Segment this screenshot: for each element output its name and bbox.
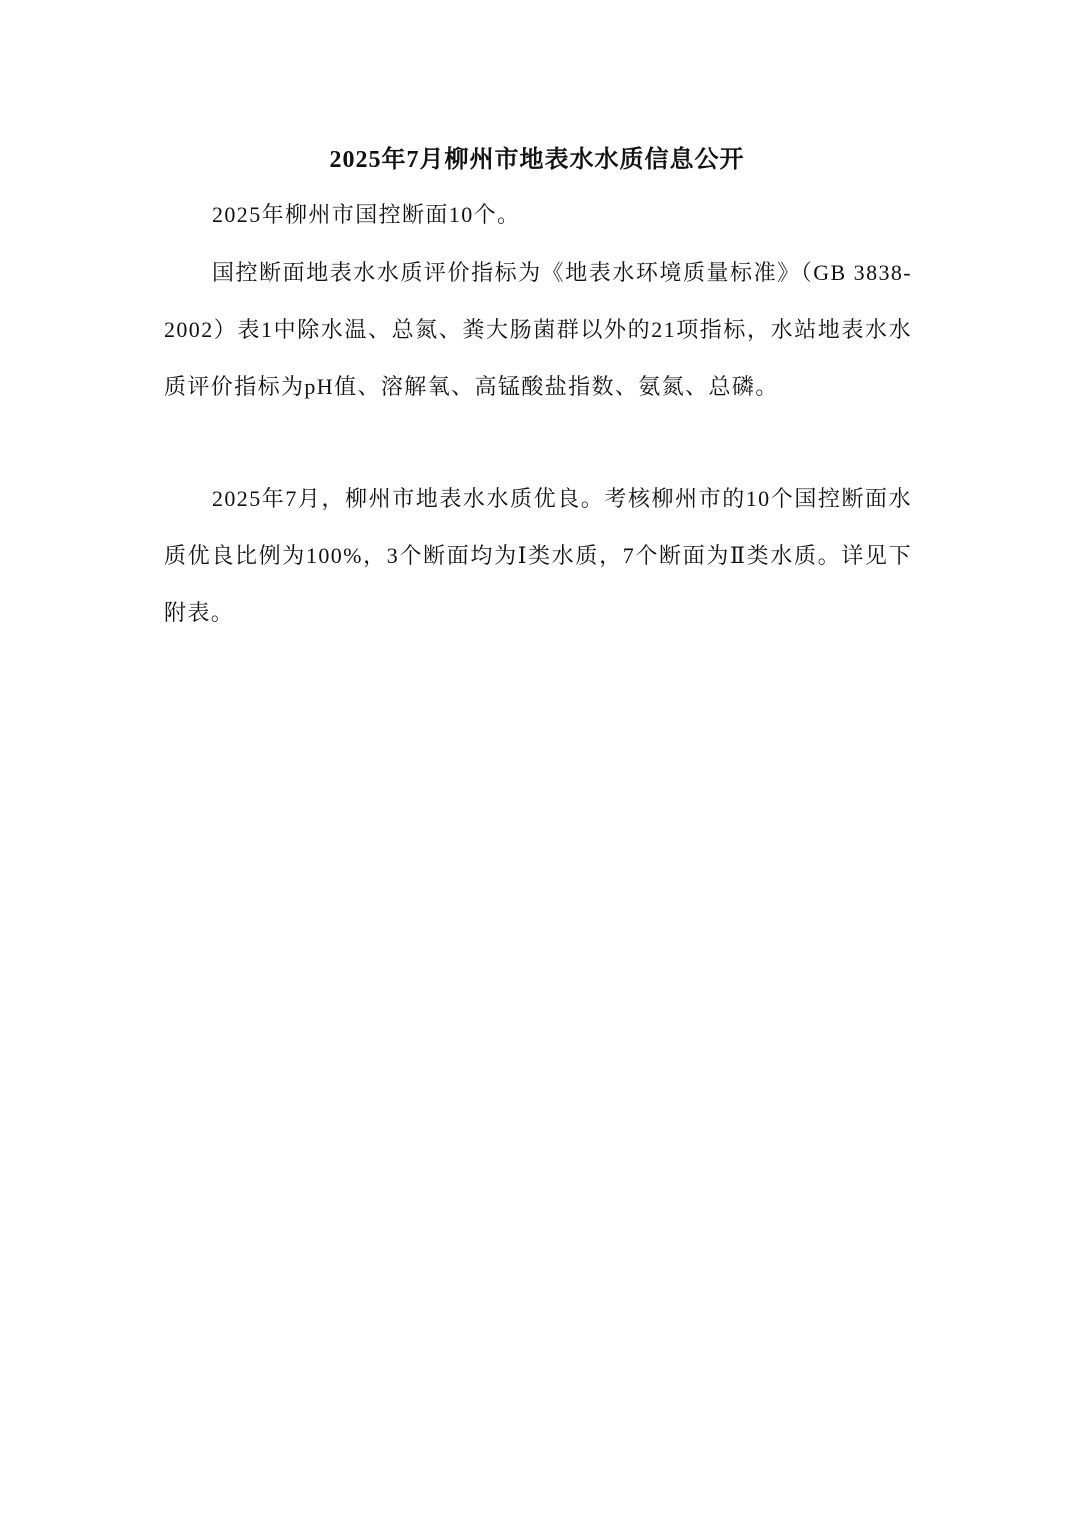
document-page: 2025年7月柳州市地表水水质信息公开 2025年柳州市国控断面10个。 国控断… bbox=[0, 0, 1074, 1520]
paragraph-monthly-result: 2025年7月，柳州市地表水水质优良。考核柳州市的10个国控断面水质优良比例为1… bbox=[164, 470, 912, 641]
document-title: 2025年7月柳州市地表水水质信息公开 bbox=[0, 144, 1074, 176]
paragraph-section-count: 2025年柳州市国控断面10个。 bbox=[164, 186, 912, 243]
paragraph-evaluation-indicators: 国控断面地表水水质评价指标为《地表水环境质量标准》（GB 3838-2002）表… bbox=[164, 244, 912, 415]
